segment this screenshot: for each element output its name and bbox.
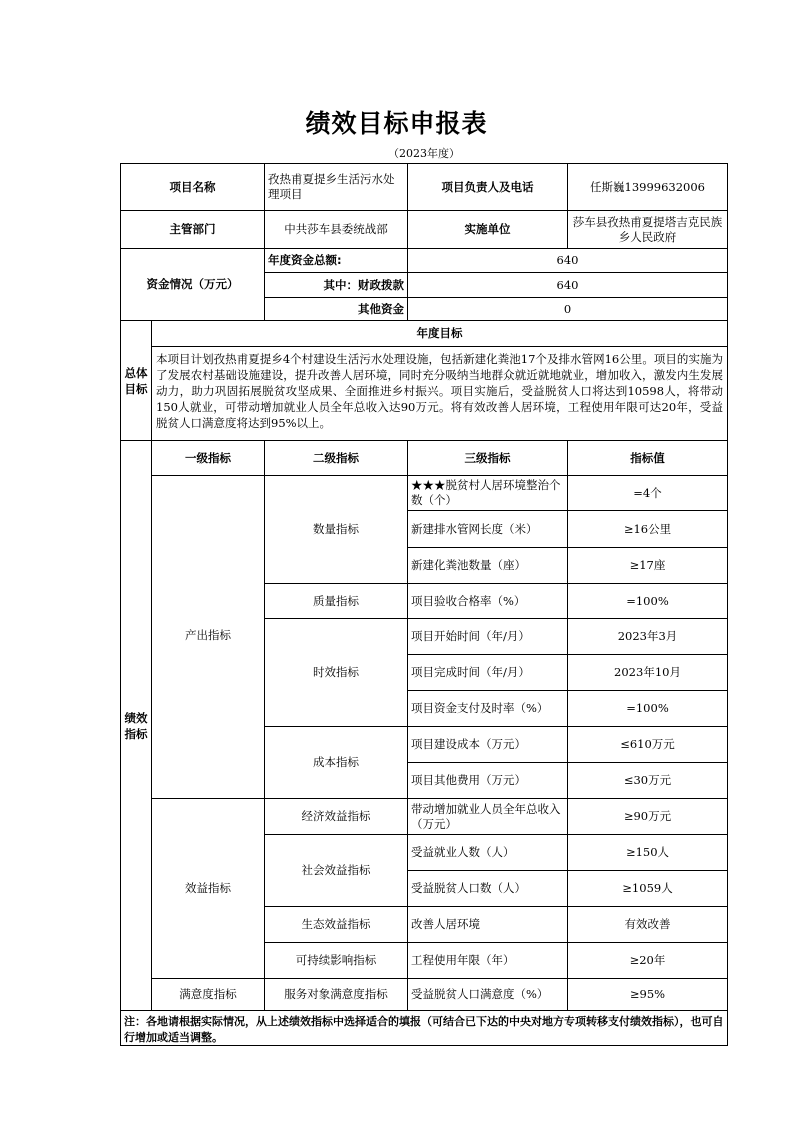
indicator-value: 2023年10月 xyxy=(567,654,728,691)
level2-sustainability: 可持续影响指标 xyxy=(264,942,408,979)
indicators-side-label: 绩效指标 xyxy=(120,440,152,1011)
level3-item: 受益就业人数（人） xyxy=(407,834,568,871)
level2-social: 社会效益指标 xyxy=(264,834,408,907)
indicator-value: =100% xyxy=(567,690,728,727)
col-header-value: 指标值 xyxy=(567,440,728,476)
level3-item: 带动增加就业人员全年总收入（万元） xyxy=(407,798,568,835)
indicator-value: ≥1059人 xyxy=(567,870,728,907)
col-header-level2: 二级指标 xyxy=(264,440,408,476)
level3-item: 项目开始时间（年/月） xyxy=(407,618,568,655)
dept-value: 中共莎车县委统战部 xyxy=(264,210,408,249)
level3-item: 项目验收合格率（%） xyxy=(407,583,568,619)
indicator-value: ≥90万元 xyxy=(567,798,728,835)
level2-ecological: 生态效益指标 xyxy=(264,906,408,943)
level2-quality: 质量指标 xyxy=(264,583,408,619)
funding-other-value: 0 xyxy=(407,297,728,321)
year-subtitle: （2023年度） xyxy=(0,145,793,161)
indicator-value: ≥20年 xyxy=(567,942,728,979)
col-header-level1: 一级指标 xyxy=(151,440,265,476)
level3-item: 工程使用年限（年） xyxy=(407,942,568,979)
indicator-value: ≤30万元 xyxy=(567,762,728,799)
indicator-value: =4个 xyxy=(567,475,728,511)
level3-item: 受益脱贫人口满意度（%） xyxy=(407,978,568,1011)
col-header-level3: 三级指标 xyxy=(407,440,568,476)
funding-fiscal-label: 其中：财政拨款 xyxy=(264,272,408,298)
indicator-value: ≥16公里 xyxy=(567,510,728,548)
level1-satisfaction: 满意度指标 xyxy=(151,978,265,1011)
annual-goal-text: 本项目计划孜热甫夏提乡4个村建设生活污水处理设施，包括新建化粪池17个及排水管网… xyxy=(151,346,728,441)
annual-goal-header: 年度目标 xyxy=(151,320,728,347)
project-name-label: 项目名称 xyxy=(120,163,265,211)
level3-item: 项目建设成本（万元） xyxy=(407,726,568,763)
level3-item: 项目其他费用（万元） xyxy=(407,762,568,799)
level3-item: 项目完成时间（年/月） xyxy=(407,654,568,691)
level3-item: 改善人居环境 xyxy=(407,906,568,943)
level2-quantity: 数量指标 xyxy=(264,475,408,584)
impl-label: 实施单位 xyxy=(407,210,568,249)
level2-cost: 成本指标 xyxy=(264,726,408,799)
level1-benefit: 效益指标 xyxy=(151,798,265,979)
indicator-value: =100% xyxy=(567,583,728,619)
level3-item: 项目资金支付及时率（%） xyxy=(407,690,568,727)
funding-label: 资金情况（万元） xyxy=(120,248,265,321)
funding-other-label: 其他资金 xyxy=(264,297,408,321)
level2-service-satisfaction: 服务对象满意度指标 xyxy=(264,978,408,1011)
funding-total-value: 640 xyxy=(407,248,728,273)
indicator-value: ≤610万元 xyxy=(567,726,728,763)
contact-value: 任斯巍13999632006 xyxy=(567,163,728,211)
overall-goal-side-label: 总体目标 xyxy=(120,320,152,441)
level2-economic: 经济效益指标 xyxy=(264,798,408,835)
level3-item: ★★★脱贫村人居环境整治个数（个） xyxy=(407,475,568,511)
dept-label: 主管部门 xyxy=(120,210,265,249)
contact-label: 项目负责人及电话 xyxy=(407,163,568,211)
level3-item: 新建排水管网长度（米） xyxy=(407,510,568,548)
level1-output: 产出指标 xyxy=(151,475,265,799)
level2-timeliness: 时效指标 xyxy=(264,618,408,727)
indicator-value: ≥17座 xyxy=(567,547,728,584)
funding-total-label: 年度资金总额: xyxy=(264,248,408,273)
impl-value: 莎车县孜热甫夏提塔吉克民族乡人民政府 xyxy=(567,210,728,249)
page-title: 绩效目标申报表 xyxy=(0,104,793,140)
footnote: 注：各地请根据实际情况，从上述绩效指标中选择适合的填报（可结合已下达的中央对地方… xyxy=(120,1010,728,1046)
level3-item: 新建化粪池数量（座） xyxy=(407,547,568,584)
indicator-value: 有效改善 xyxy=(567,906,728,943)
indicator-value: 2023年3月 xyxy=(567,618,728,655)
project-name-value: 孜热甫夏提乡生活污水处理项目 xyxy=(264,163,408,211)
funding-fiscal-value: 640 xyxy=(407,272,728,298)
indicator-value: ≥150人 xyxy=(567,834,728,871)
indicator-value: ≥95% xyxy=(567,978,728,1011)
level3-item: 受益脱贫人口数（人） xyxy=(407,870,568,907)
